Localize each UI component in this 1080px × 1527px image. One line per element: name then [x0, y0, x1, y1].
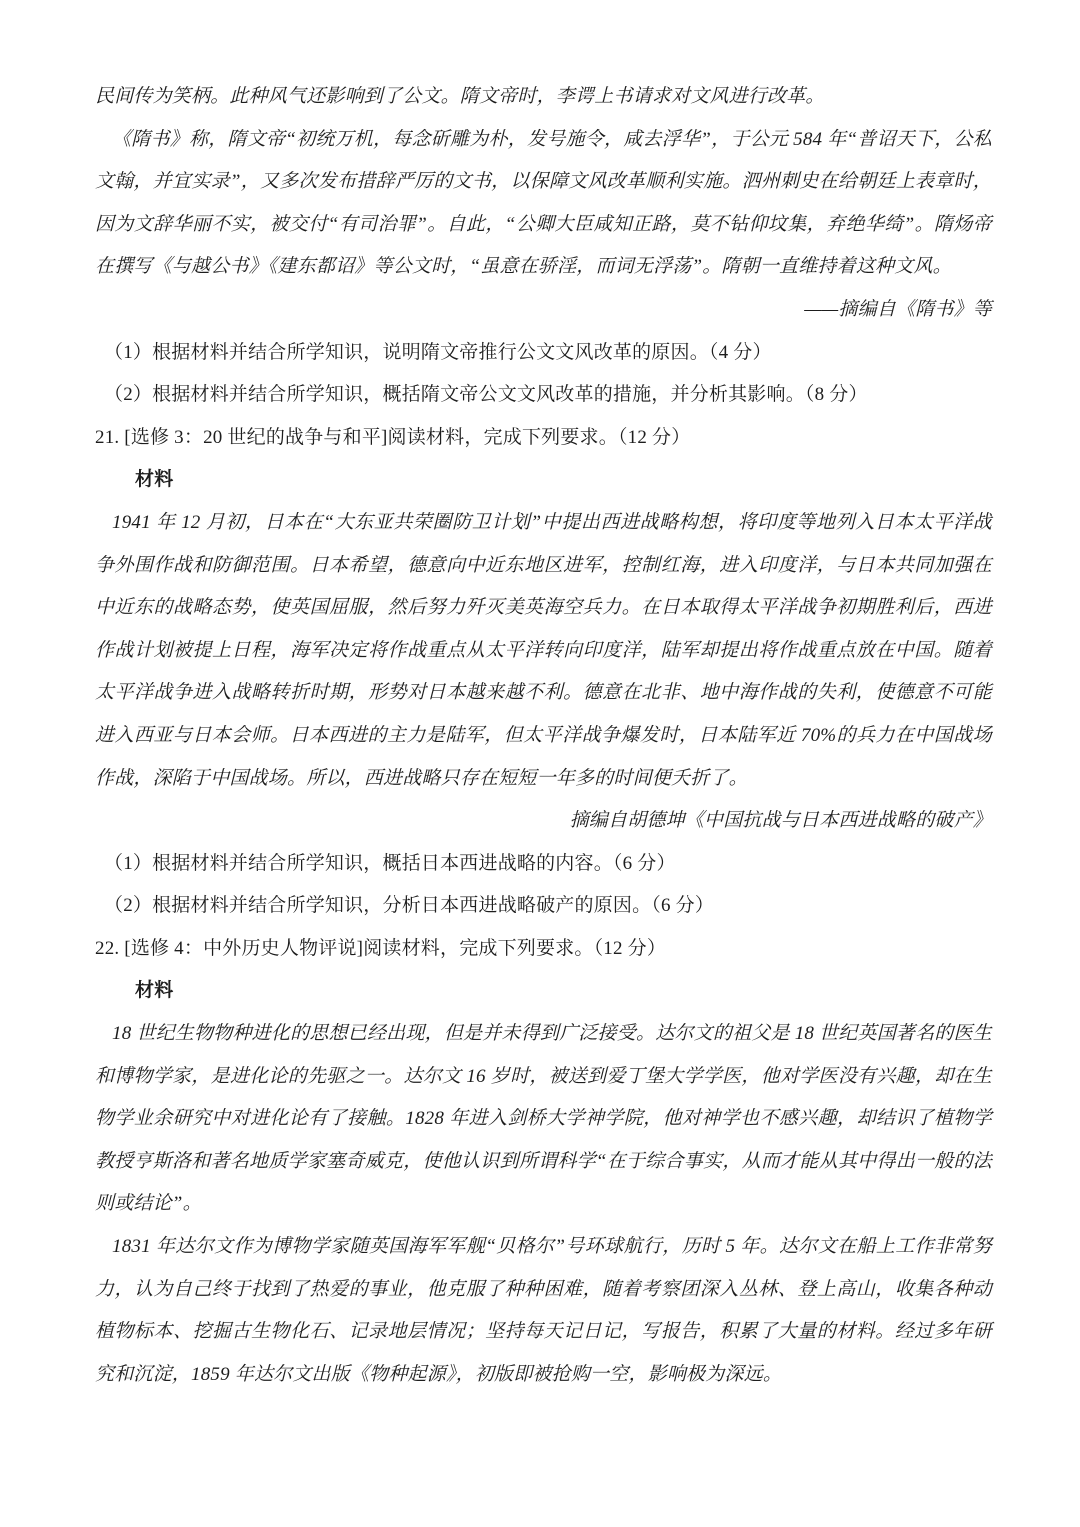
q21-section-header: 21. [选修 3：20 世纪的战争与和平]阅读材料，完成下列要求。（12 分）	[95, 417, 992, 460]
q22-material-label: 材料	[135, 970, 992, 1013]
q22-section-header: 22. [选修 4：中外历史人物评说]阅读材料，完成下列要求。（12 分）	[95, 928, 992, 971]
q21-material-paragraph: 1941 年 12 月初，日本在“大东亚共荣圈防卫计划”中提出西进战略构想，将印…	[95, 502, 992, 800]
q20-question-1: （1）根据材料并结合所学知识，说明隋文帝推行公文文风改革的原因。（4 分）	[95, 332, 992, 375]
q21-source-attribution: 摘编自胡德坤《中国抗战与日本西进战略的破产》	[95, 800, 992, 843]
document-body: 民间传为笑柄。此种风气还影响到了公文。隋文帝时，李谔上书请求对文风进行改革。《隋…	[0, 0, 1080, 1527]
q20-question-2: （2）根据材料并结合所学知识，概括隋文帝公文文风改革的措施，并分析其影响。（8 …	[95, 374, 992, 417]
q20-material-paragraph: 《隋书》称，隋文帝“初统万机，每念斫雕为朴，发号施令，咸去浮华”，于公元 584…	[95, 119, 992, 289]
q21-material-label: 材料	[135, 459, 992, 502]
q22-material-paragraph-1: 18 世纪生物物种进化的思想已经出现，但是并未得到广泛接受。达尔文的祖父是 18…	[95, 1013, 992, 1226]
q20-source-attribution: ——摘编自《隋书》等	[95, 289, 992, 332]
q21-question-1: （1）根据材料并结合所学知识，概括日本西进战略的内容。（6 分）	[95, 843, 992, 886]
exam-page: 民间传为笑柄。此种风气还影响到了公文。隋文帝时，李谔上书请求对文风进行改革。《隋…	[0, 0, 1080, 1527]
q22-material-paragraph-2: 1831 年达尔文作为博物学家随英国海军军舰“贝格尔”号环球航行，历时 5 年。…	[95, 1226, 992, 1396]
q21-question-2: （2）根据材料并结合所学知识，分析日本西进战略破产的原因。（6 分）	[95, 885, 992, 928]
q20-material-continuation: 民间传为笑柄。此种风气还影响到了公文。隋文帝时，李谔上书请求对文风进行改革。	[95, 76, 992, 119]
